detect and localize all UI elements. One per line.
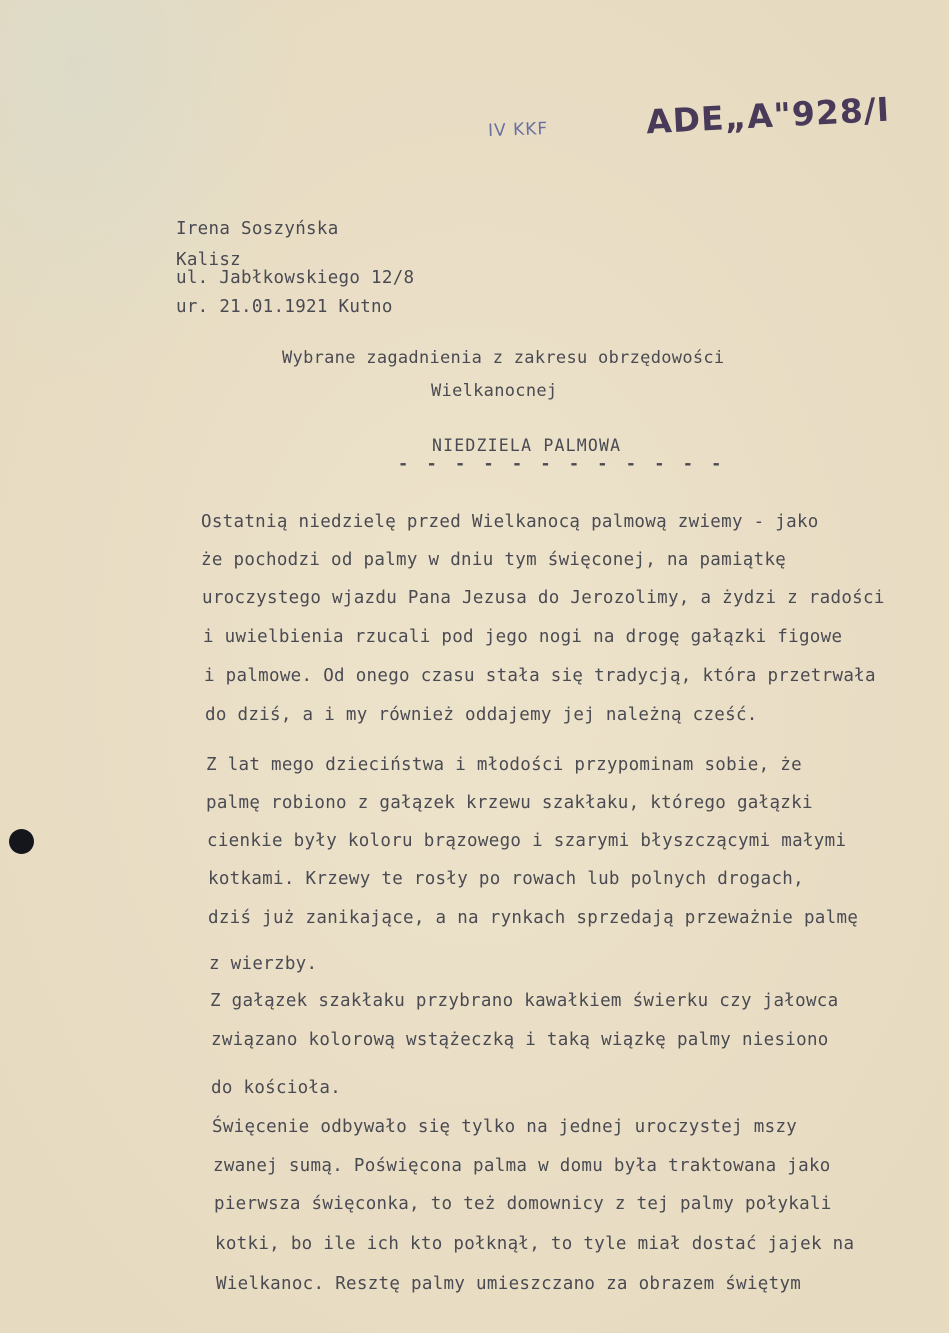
body-line: uroczystego wjazdu Pana Jezusa do Jerozo… [202,588,885,608]
body-line: i uwielbienia rzucali pod jego nogi na d… [203,627,842,647]
body-line: Wielkanoc. Resztę palmy umieszczano za o… [216,1274,801,1294]
heading-underline: - - - - - - - - - - - - [398,454,725,474]
body-line: dziś już zanikające, a na rynkach sprzed… [208,908,858,928]
author-city: Kalisz [176,250,241,270]
body-line: pierwsza święconka, to też domownicy z t… [214,1194,832,1214]
body-line: Święcenie odbywało się tylko na jednej u… [212,1117,797,1137]
body-line: że pochodzi od palmy w dniu tym święcone… [201,550,786,570]
author-birth: ur. 21.01.1921 Kutno [176,297,393,317]
body-line: kotkami. Krzewy te rosły po rowach lub p… [208,869,804,889]
body-line: związano kolorową wstążeczką i taką wiąz… [211,1030,829,1050]
document-title-line2: Wielkanocnej [431,381,557,401]
archive-signature: ADE„A"928/I [645,90,891,142]
pencil-annotation: IV KKF [488,119,549,141]
body-line: Z lat mego dzieciństwa i młodości przypo… [206,755,802,775]
body-line: i palmowe. Od onego czasu stała się trad… [204,666,876,686]
body-line: zwanej sumą. Poświęcona palma w domu był… [213,1156,831,1176]
body-line: Z gałązek szakłaku przybrano kawałkiem ś… [210,991,838,1011]
punch-hole [9,829,34,854]
body-line: z wierzby. [209,954,317,974]
body-line: kotki, bo ile ich kto połknął, to tyle m… [215,1234,854,1254]
document-title-line1: Wybrane zagadnienia z zakresu obrzędowoś… [282,348,724,368]
body-line: cienkie były koloru brązowego i szarymi … [207,831,846,851]
body-line: do dziś, a i my również oddajemy jej nal… [205,705,758,725]
document-page: IV KKF ADE„A"928/I Irena Soszyńska Kalis… [0,0,949,1333]
body-line: Ostatnią niedzielę przed Wielkanocą palm… [201,512,819,532]
author-name: Irena Soszyńska [176,219,339,239]
body-line: do kościoła. [211,1078,341,1098]
body-line: palmę robiono z gałązek krzewu szakłaku,… [206,793,813,813]
section-heading: NIEDZIELA PALMOWA [432,436,621,455]
author-street: ul. Jabłkowskiego 12/8 [176,268,414,288]
